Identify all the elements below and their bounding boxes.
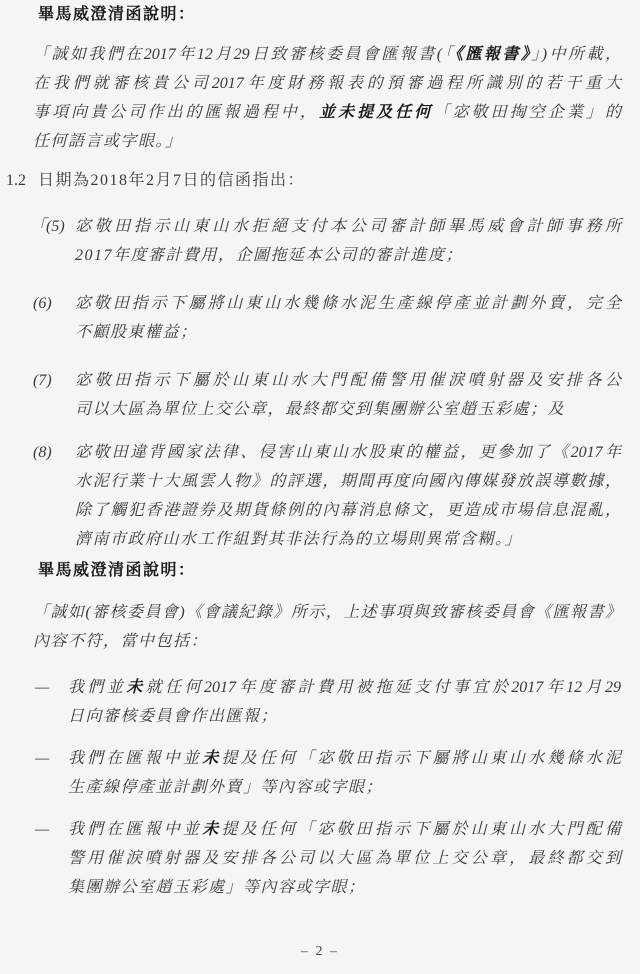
bullet1-line1-bold: 未 bbox=[126, 679, 145, 696]
list-item-8: (8) 宓敬田違背國家法律、侵害山東山水股東的權益，更參加了《2017年 水泥行… bbox=[0, 438, 640, 554]
quote2-line1: 「誠如(審核委員會)《會議紀錄》所示，上述事項與致審核委員會《匯報書》 bbox=[33, 604, 621, 621]
item5-line1: 宓敬田指示山東山水拒絕支付本公司審計師畢馬威會計師事務所 bbox=[75, 218, 621, 235]
text-line: 我們在匯報中並未提及任何「宓敬田指示下屬將山東山水幾條水泥 bbox=[68, 744, 621, 773]
text-line: 水泥行業十大風雲人物》的評選，期間再度向國內傳媒發放誤導數據， bbox=[75, 467, 621, 496]
item-marker: (8) bbox=[33, 438, 52, 467]
item-body: 宓敬田指示山東山水拒絕支付本公司審計師畢馬威會計師事務所 2017年度審計費用，… bbox=[75, 212, 621, 270]
text-line: 濟南市政府山水工作組對其非法行為的立場則異常含糊。」 bbox=[75, 525, 621, 554]
quote1-line1-end: 」)中所載， bbox=[531, 46, 621, 63]
bullet-body: 我們並未就任何2017年度審計費用被拖延支付事宜於2017年12月29 日向審核… bbox=[68, 673, 621, 731]
text-line: 警用催淚噴射器及安排各公司以大區為單位上交公章，最終都交到 bbox=[68, 844, 621, 873]
item5-line2: 2017年度審計費用，企圖拖延本公司的審計進度； bbox=[75, 247, 463, 264]
text-line: 集團辦公室趙玉彩處」等內容或字眼； bbox=[68, 873, 621, 902]
item6-line2: 不顧股東權益； bbox=[75, 324, 198, 341]
section-text: 日期為2018年2月7日的信函指出： bbox=[38, 166, 640, 195]
text-line: 我們在匯報中並未提及任何「宓敬田指示下屬於山東山水大門配備 bbox=[68, 815, 621, 844]
item8-line4: 濟南市政府山水工作組對其非法行為的立場則異常含糊。」 bbox=[75, 531, 522, 548]
text-line: 宓敬田指示下屬於山東山水大門配備警用催淚噴射器及安排各公 bbox=[75, 366, 621, 395]
list-item-7: (7) 宓敬田指示下屬於山東山水大門配備警用催淚噴射器及安排各公 司以大區為單位… bbox=[0, 366, 640, 424]
section-1-2: 1.2 日期為2018年2月7日的信函指出： bbox=[0, 166, 640, 195]
text-line: 「誠如(審核委員會)《會議紀錄》所示，上述事項與致審核委員會《匯報書》 bbox=[33, 598, 621, 627]
item-marker: (6) bbox=[33, 289, 52, 318]
text-line: 事項向貴公司作出的匯報過程中，並未提及任何「宓敬田掏空企業」的 bbox=[33, 98, 621, 127]
text-line: 「誠如我們在2017年12月29日致審核委員會匯報書(「《匯報書》」)中所載， bbox=[33, 40, 621, 69]
item7-line1: 宓敬田指示下屬於山東山水大門配備警用催淚噴射器及安排各公 bbox=[75, 372, 621, 389]
text-line: 內容不符，當中包括： bbox=[33, 627, 621, 656]
bullet2-line1-end: 提及任何「宓敬田指示下屬將山東山水幾條水泥 bbox=[221, 750, 621, 767]
bullet-item-2: — 我們在匯報中並未提及任何「宓敬田指示下屬將山東山水幾條水泥 生產線停產並計劃… bbox=[0, 744, 640, 802]
bullet2-line2: 生產線停產並計劃外賣」等內容或字眼； bbox=[68, 779, 383, 796]
item8-line3: 除了觸犯香港證券及期貨條例的內幕消息條文，更造成市場信息混亂， bbox=[75, 502, 621, 519]
bullet2-line1-start: 我們在匯報中並 bbox=[68, 750, 202, 767]
clarification-heading-2: 畢馬威澄清函說明： bbox=[38, 556, 196, 585]
quote1-line3-start: 事項向貴公司作出的匯報過程中， bbox=[33, 104, 319, 121]
text-line: 宓敬田指示下屬將山東山水幾條水泥生產線停產並計劃外賣，完全 bbox=[75, 289, 621, 318]
page-number: – 2 – bbox=[0, 941, 640, 963]
text-line: 司以大區為單位上交公章，最終都交到集團辦公室趙玉彩處；及 bbox=[75, 395, 621, 424]
text-line: 宓敬田指示山東山水拒絕支付本公司審計師畢馬威會計師事務所 bbox=[75, 212, 621, 241]
item-body: 宓敬田違背國家法律、侵害山東山水股東的權益，更參加了《2017年 水泥行業十大風… bbox=[75, 438, 621, 554]
text-line: 日向審核委員會作出匯報； bbox=[68, 702, 621, 731]
bullet1-line1-start: 我們並 bbox=[68, 679, 126, 696]
quote-paragraph-1: 「誠如我們在2017年12月29日致審核委員會匯報書(「《匯報書》」)中所載， … bbox=[33, 40, 621, 156]
item-marker: 「(5) bbox=[30, 212, 65, 241]
quote1-line1-start: 「誠如我們在2017年12月29日致審核委員會匯報書(「 bbox=[33, 46, 455, 63]
item6-line1: 宓敬田指示下屬將山東山水幾條水泥生產線停產並計劃外賣，完全 bbox=[75, 295, 621, 312]
document-page: 畢馬威澄清函說明： 「誠如我們在2017年12月29日致審核委員會匯報書(「《匯… bbox=[0, 0, 640, 974]
clarification-heading-1: 畢馬威澄清函說明： bbox=[38, 0, 196, 29]
quote2-line2: 內容不符，當中包括： bbox=[33, 633, 208, 650]
text-line: 我們並未就任何2017年度審計費用被拖延支付事宜於2017年12月29 bbox=[68, 673, 621, 702]
quote1-line3-bold: 並未提及任何 bbox=[319, 104, 433, 121]
bullet-dash: — bbox=[35, 673, 49, 702]
text-line: 宓敬田違背國家法律、侵害山東山水股東的權益，更參加了《2017年 bbox=[75, 438, 621, 467]
bullet3-line3: 集團辦公室趙玉彩處」等內容或字眼； bbox=[68, 879, 366, 896]
item8-line2: 水泥行業十大風雲人物》的評選，期間再度向國內傳媒發放誤導數據， bbox=[75, 473, 621, 490]
bullet-body: 我們在匯報中並未提及任何「宓敬田指示下屬將山東山水幾條水泥 生產線停產並計劃外賣… bbox=[68, 744, 621, 802]
quote1-line4: 任何語言或字眼。」 bbox=[33, 133, 183, 150]
item7-line2: 司以大區為單位上交公章，最終都交到集團辦公室趙玉彩處；及 bbox=[75, 401, 565, 418]
text-line: 生產線停產並計劃外賣」等內容或字眼； bbox=[68, 773, 621, 802]
bullet3-line2: 警用催淚噴射器及安排各公司以大區為單位上交公章，最終都交到 bbox=[68, 850, 621, 867]
bullet-dash: — bbox=[35, 744, 49, 773]
item8-line1: 宓敬田違背國家法律、侵害山東山水股東的權益，更參加了《2017年 bbox=[75, 444, 621, 461]
item-body: 宓敬田指示下屬將山東山水幾條水泥生產線停產並計劃外賣，完全 不顧股東權益； bbox=[75, 289, 621, 347]
quote1-line1-bold: 《匯報書》 bbox=[455, 46, 531, 63]
text-line: 不顧股東權益； bbox=[75, 318, 621, 347]
bullet1-line2: 日向審核委員會作出匯報； bbox=[68, 708, 278, 725]
list-item-6: (6) 宓敬田指示下屬將山東山水幾條水泥生產線停產並計劃外賣，完全 不顧股東權益… bbox=[0, 289, 640, 347]
text-line: 在我們就審核貴公司2017年度財務報表的預審過程所識別的若干重大 bbox=[33, 69, 621, 98]
text-line: 2017年度審計費用，企圖拖延本公司的審計進度； bbox=[75, 241, 621, 270]
text-line: 任何語言或字眼。」 bbox=[33, 127, 621, 156]
text-line: 除了觸犯香港證券及期貨條例的內幕消息條文，更造成市場信息混亂， bbox=[75, 496, 621, 525]
bullet3-line1-bold: 未 bbox=[202, 821, 221, 838]
list-item-5: 「(5) 宓敬田指示山東山水拒絕支付本公司審計師畢馬威會計師事務所 2017年度… bbox=[0, 212, 640, 270]
bullet-item-1: — 我們並未就任何2017年度審計費用被拖延支付事宜於2017年12月29 日向… bbox=[0, 673, 640, 731]
bullet2-line1-bold: 未 bbox=[202, 750, 221, 767]
bullet-body: 我們在匯報中並未提及任何「宓敬田指示下屬於山東山水大門配備 警用催淚噴射器及安排… bbox=[68, 815, 621, 902]
section-number: 1.2 bbox=[6, 166, 26, 195]
bullet1-line1-end: 就任何2017年度審計費用被拖延支付事宜於2017年12月29 bbox=[146, 679, 621, 696]
bullet-item-3: — 我們在匯報中並未提及任何「宓敬田指示下屬於山東山水大門配備 警用催淚噴射器及… bbox=[0, 815, 640, 902]
item-marker: (7) bbox=[33, 366, 52, 395]
item-body: 宓敬田指示下屬於山東山水大門配備警用催淚噴射器及安排各公 司以大區為單位上交公章… bbox=[75, 366, 621, 424]
quote1-line3-end: 「宓敬田掏空企業」的 bbox=[433, 104, 621, 121]
bullet-dash: — bbox=[35, 815, 49, 844]
quote-paragraph-2: 「誠如(審核委員會)《會議紀錄》所示，上述事項與致審核委員會《匯報書》 內容不符… bbox=[33, 598, 621, 656]
bullet3-line1-start: 我們在匯報中並 bbox=[68, 821, 202, 838]
bullet3-line1-end: 提及任何「宓敬田指示下屬於山東山水大門配備 bbox=[221, 821, 621, 838]
quote1-line2: 在我們就審核貴公司2017年度財務報表的預審過程所識別的若干重大 bbox=[33, 75, 621, 92]
